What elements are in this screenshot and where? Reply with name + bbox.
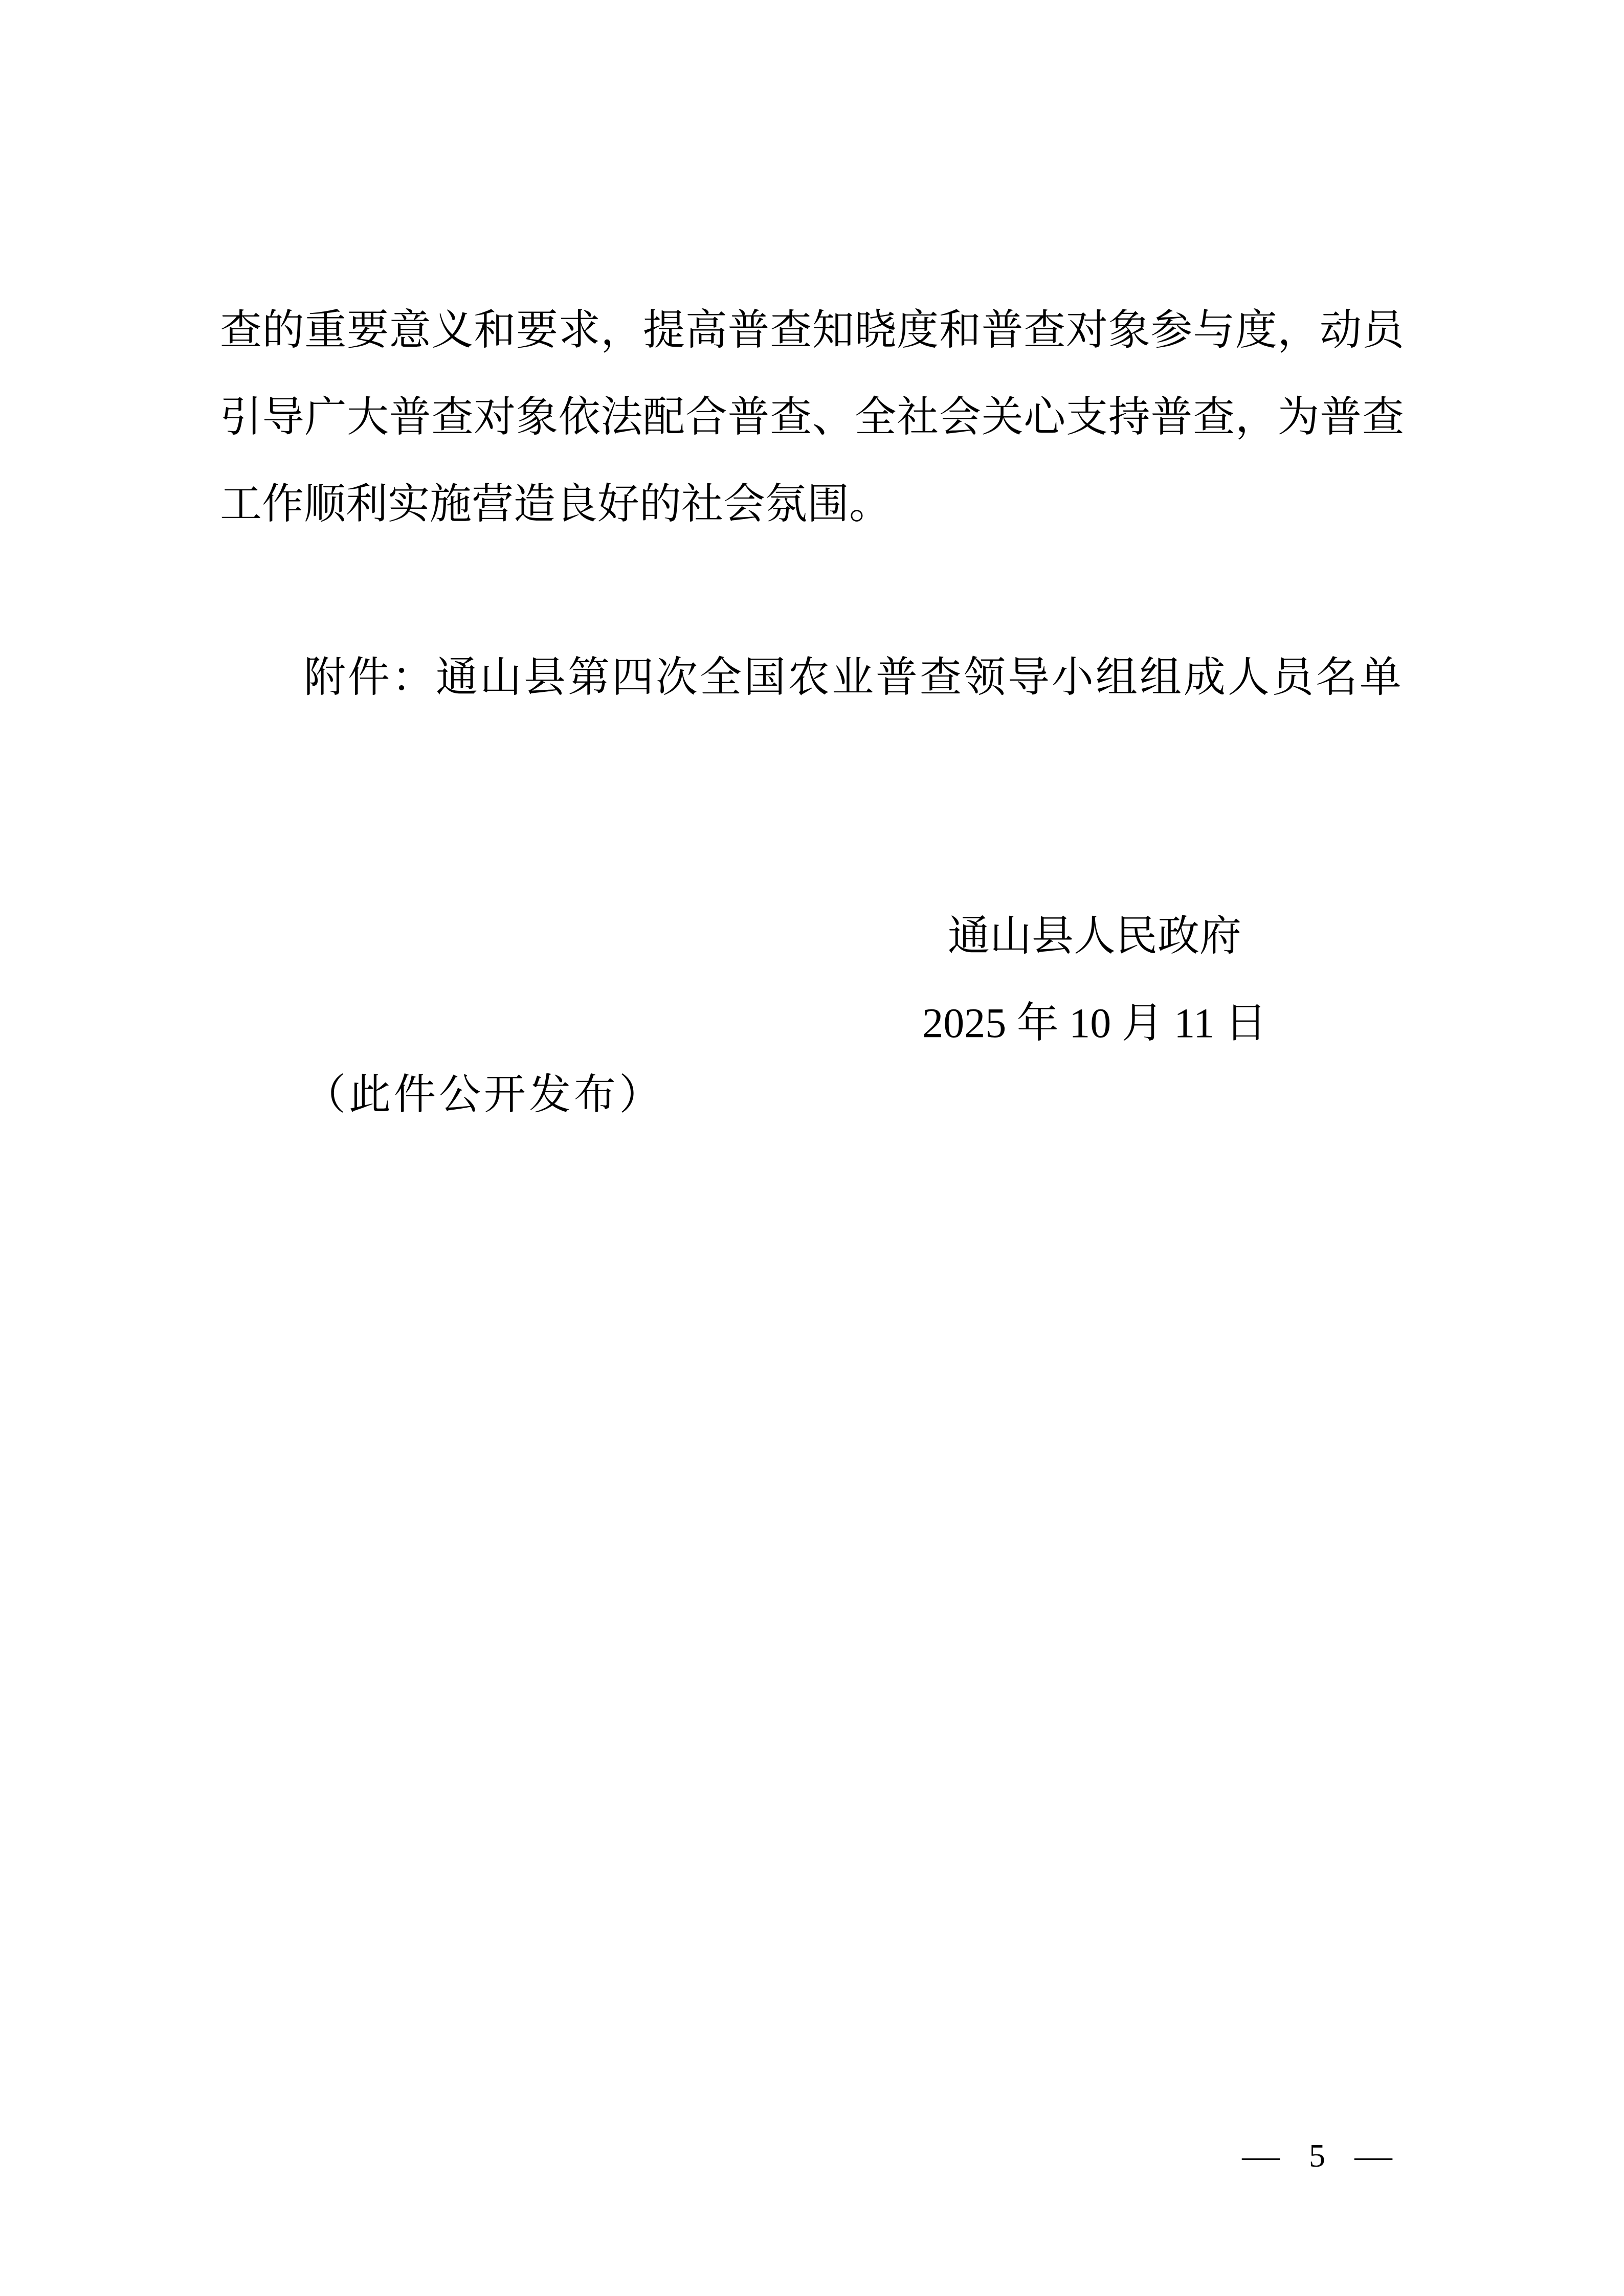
signature-issuer: 通山县人民政府	[870, 893, 1320, 980]
body-paragraph: 查的重要意义和要求，提高普查知晓度和普查对象参与度，动员 引导广大普查对象依法配…	[220, 287, 1404, 548]
body-paragraph-line-1: 查的重要意义和要求，提高普查知晓度和普查对象参与度，动员	[220, 287, 1404, 374]
page-number: 5	[1309, 2136, 1325, 2175]
page-footer: —5—	[1244, 2136, 1390, 2175]
body-paragraph-line-3: 工作顺利实施营造良好的社会氛围。	[220, 461, 1404, 548]
footer-right-dash: —	[1354, 2136, 1392, 2175]
publication-note: （此件公开发布）	[220, 1051, 1404, 1138]
body-paragraph-line-2: 引导广大普查对象依法配合普查、全社会关心支持普查，为普查	[220, 374, 1404, 461]
footer-left-dash: —	[1242, 2136, 1280, 2175]
document-page: 查的重要意义和要求，提高普查知晓度和普查对象参与度，动员 引导广大普查对象依法配…	[0, 0, 1624, 2296]
attachment-reference-line: 附件：通山县第四次全国农业普查领导小组组成人员名单	[220, 634, 1473, 721]
signature-block: 通山县人民政府 2025 年 10 月 11 日	[870, 893, 1320, 1067]
